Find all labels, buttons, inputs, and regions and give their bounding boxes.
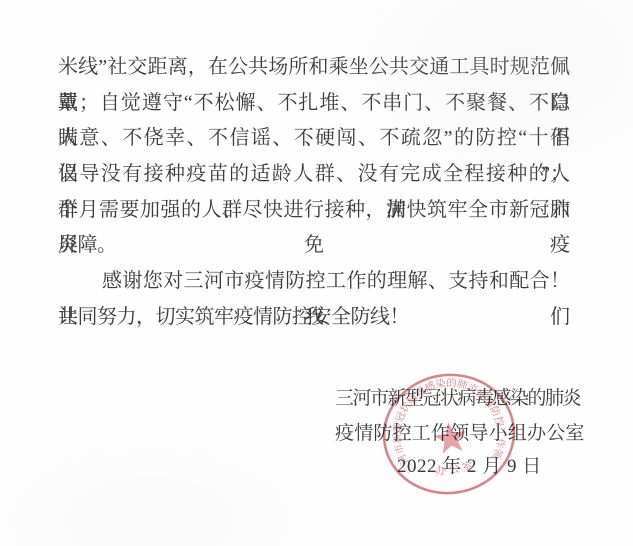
body-line-7: 感谢您对三河市疫情防控工作的理解、支持和配合！让我们 bbox=[58, 264, 570, 300]
body-line-5: 个月需要加强的人群尽快进行接种，加快筑牢全市新冠肺炎免疫 bbox=[58, 193, 570, 229]
signature-date: 2022 年 2 月 9 日 bbox=[397, 451, 542, 478]
body-line-4: 倡导没有接种疫苗的适龄人群、没有完成全程接种的人群、满六 bbox=[58, 157, 570, 193]
signature-org-line-2: 疫情防控工作领导小组办公室 bbox=[335, 418, 585, 445]
signature-org-line-1: 三河市新型冠状病毒感染的肺炎 bbox=[335, 383, 580, 410]
body-line-2: 罩；自觉遵守“不松懈、不扎堆、不串门、不聚餐、不隐瞒、不 bbox=[58, 86, 570, 122]
letter-body: 米线”社交距离，在公共场所和乘坐公共交通工具时规范佩戴口 罩；自觉遵守“不松懈、… bbox=[58, 50, 570, 336]
body-line-1: 米线”社交距离，在公共场所和乘坐公共交通工具时规范佩戴口 bbox=[58, 50, 570, 86]
body-line-3: 大意、不侥幸、不信谣、不硬闯、不疏忽”的防控“十倡议”； bbox=[58, 121, 570, 157]
document-page: 米线”社交距离，在公共场所和乘坐公共交通工具时规范佩戴口 罩；自觉遵守“不松懈、… bbox=[0, 0, 633, 546]
